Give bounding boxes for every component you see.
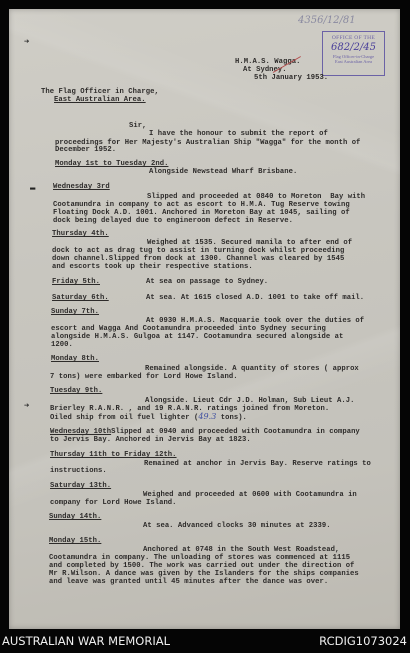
entry-line: At sea on passage to Sydney. [146, 278, 268, 286]
entry-heading: Thursday 4th. [52, 230, 109, 238]
entry-line: Mr R.Wilson. A dance was given by the Is… [49, 570, 359, 578]
entry-line: 7 tons) were embarked for Lord Howe Isla… [50, 373, 238, 381]
entry-line: Remained alongside. A quantity of stores… [145, 365, 359, 373]
intro-line1: I have the honour to submit the report o… [149, 130, 328, 138]
entry-line: alongside H.M.A.S. Gulgoa at 1147. Coota… [51, 333, 343, 341]
office-stamp: OFFICE OF THE 682/2/45 Flag Officer-in-C… [322, 31, 385, 76]
entry-line: At sea. Advanced clocks 30 minutes at 23… [143, 522, 331, 530]
entry-line: Slipped and proceeded at 0840 to Moreton… [147, 193, 365, 201]
entry-heading: Sunday 14th. [49, 513, 101, 521]
entry-line: Weighed at 1535. Secured manila to after… [147, 239, 352, 247]
entry-heading: Wednesday 10th [50, 428, 111, 436]
entry-line: down channel.Slipped from dock at 1300. … [52, 255, 344, 263]
footer-institution: AUSTRALIAN WAR MEMORIAL [2, 634, 170, 648]
entry-heading: Monday 8th. [51, 355, 99, 363]
handwritten-reference: 4356/12/81 [298, 15, 356, 26]
entry-heading: Sunday 7th. [51, 308, 99, 316]
entry-line: Weighed and proceeded at 0600 with Coota… [143, 491, 357, 499]
salutation: Sir, [129, 122, 146, 130]
entry-line: instructions. [50, 467, 107, 475]
entry-heading: Monday 1st to Tuesday 2nd. [55, 160, 168, 168]
entry-line: Cootamundra in company. The unloading of… [49, 554, 350, 562]
entry-line: Oiled ship from oil fuel lighter (49.3 t… [50, 413, 247, 422]
entry-line: and completed by 1500. The work was carr… [49, 562, 354, 570]
entry-line: 1200. [51, 341, 73, 349]
entry-line: dock to act as drag tug to assist in tur… [52, 247, 344, 255]
entry-line: Wednesday 10thSlipped at 0940 and procee… [50, 428, 360, 436]
pin-mark-icon: ▬ [30, 183, 35, 193]
entry-line: Alongside. Lieut Cdr J.D. Holman, Sub Li… [145, 397, 354, 405]
addressee-line2: East Australian Area. [54, 96, 146, 104]
entry-line: Brierley R.A.N.R. , and 19 R.A.N.R. rati… [50, 405, 329, 413]
entry-line: At sea. At 1615 closed A.D. 1001 to take… [146, 294, 364, 302]
entry-heading: Monday 15th. [49, 537, 101, 545]
entry-line: Cootamundra in company to act as escort … [53, 201, 350, 209]
stamp-line1: OFFICE OF THE [323, 35, 384, 41]
entry-heading: Saturday 13th. [50, 482, 111, 490]
pin-mark-icon: ➔ [24, 401, 29, 411]
entry-heading: Wednesday 3rd [53, 183, 110, 191]
entry-line: and leave was granted until 45 minutes a… [49, 578, 328, 586]
entry-line: dock being delayed due to engineroom def… [53, 217, 293, 225]
handwritten-tonnage: 49.3 [198, 412, 216, 421]
entry-line: escort and Wagga And Cootamundra proceed… [51, 325, 326, 333]
entry-heading: Friday 5th. [52, 278, 100, 286]
entry-line: Floating Dock A.D. 1001. Anchored in Mor… [53, 209, 350, 217]
entry-line: Anchored at 0748 in the South West Roads… [143, 546, 339, 554]
entry-heading: Saturday 6th. [52, 294, 109, 302]
entry-line: to Jervis Bay. Anchored in Jervis Bay at… [50, 436, 251, 444]
intro-line3: December 1952. [55, 146, 116, 154]
entry-line: Remained at anchor in Jervis Bay. Reserv… [144, 460, 371, 468]
addressee-line1: The Flag Officer in Charge, [41, 88, 159, 96]
footer-record-id: RCDIG1073024 [319, 634, 407, 648]
entry-line: company for Lord Howe Island. [50, 499, 177, 507]
sender-date: 5th January 1953. [254, 74, 328, 82]
entry-line: At 0930 H.M.A.S. Macquarie took over the… [146, 317, 364, 325]
stamp-number: 682/2/45 [323, 42, 384, 53]
stamp-line4: East Australian Area [323, 59, 384, 64]
entry-heading: Tuesday 9th. [50, 387, 102, 395]
entry-line: and escorts took up their respective sta… [52, 263, 253, 271]
pin-mark-icon: ➔ [24, 37, 29, 47]
entry-heading: Thursday 11th to Friday 12th. [50, 451, 177, 459]
entry-line: Alongside Newstead Wharf Brisbane. [149, 168, 297, 176]
